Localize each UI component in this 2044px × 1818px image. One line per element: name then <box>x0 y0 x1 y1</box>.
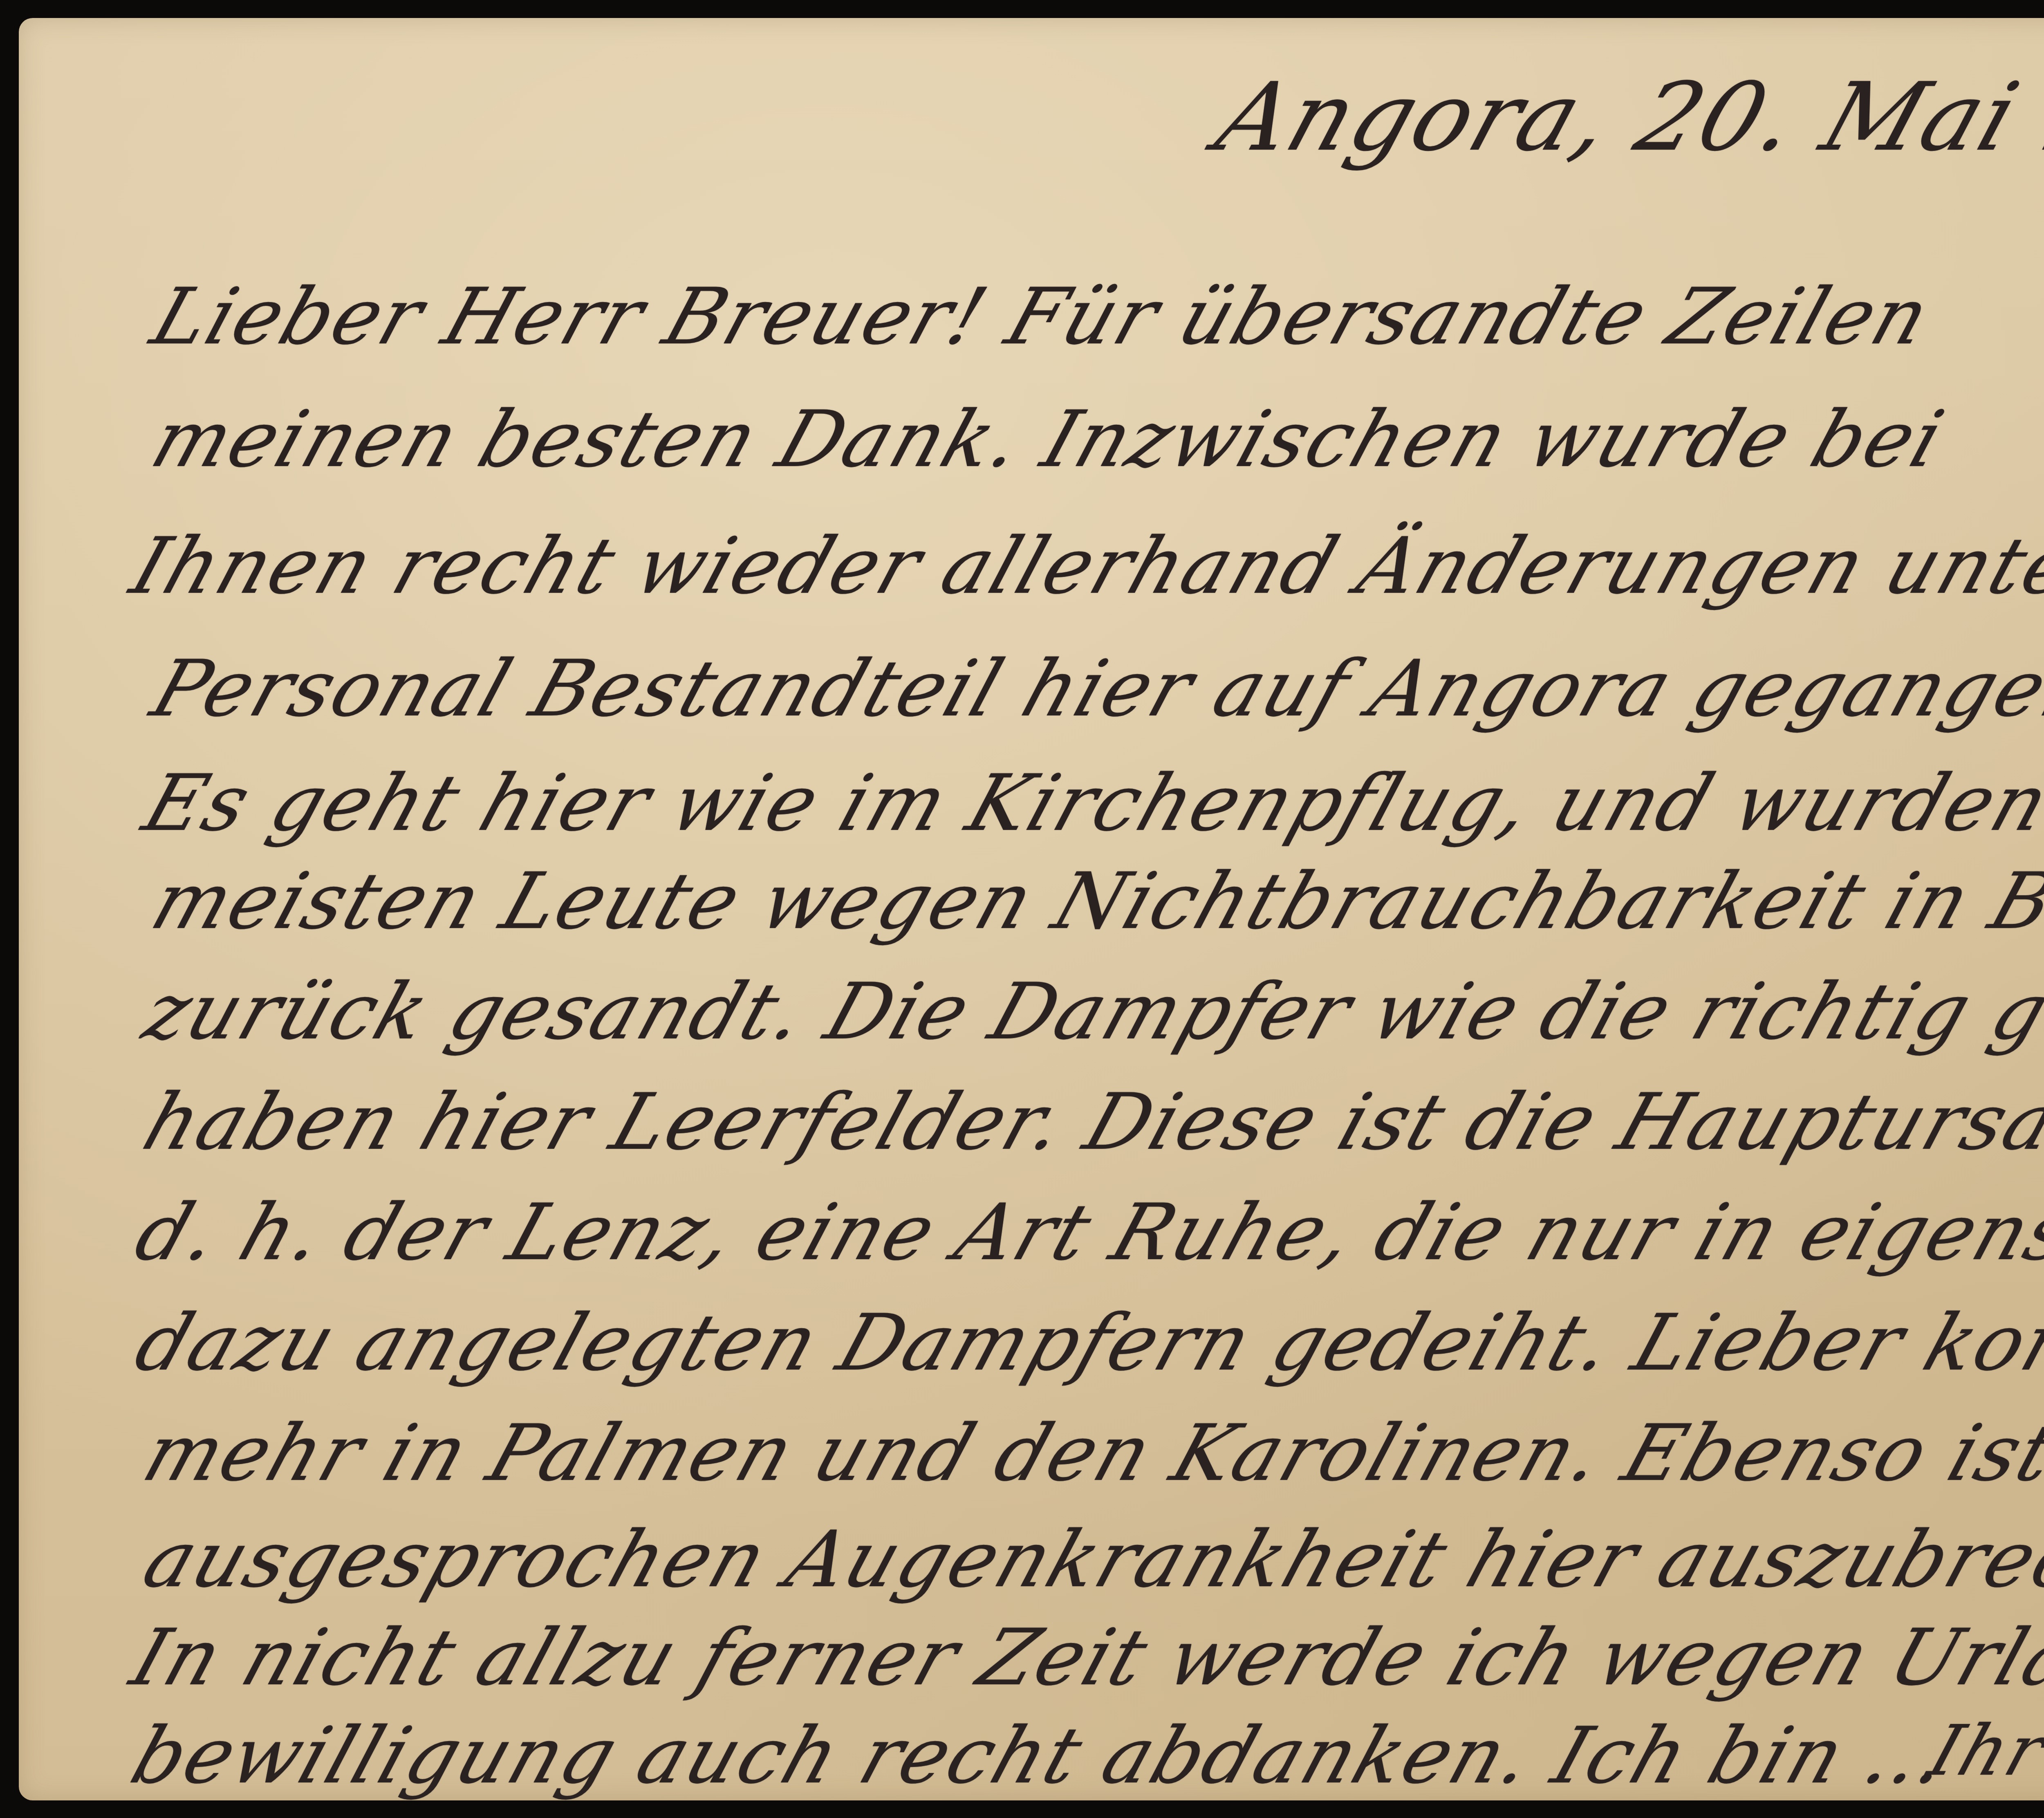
salutation-line: Lieber Herr Breuer! Für übersandte Zeile… <box>141 271 1941 362</box>
body-line: Es geht hier wie im Kirchenpflug, und wu… <box>133 758 2044 848</box>
body-line: Personal Bestandteil hier auf Angora geg… <box>141 643 2044 734</box>
body-line: bewilligung auch recht abdanken. Ich bin… <box>121 1710 1962 1801</box>
body-line: In nicht allzu ferner Zeit werde ich weg… <box>121 1612 2044 1703</box>
body-line: zurück gesandt. Die Dampfer wie die rich… <box>133 966 2044 1057</box>
body-line: meinen besten Dank. Inzwischen wurde bei <box>141 394 1955 484</box>
body-line: ausgesprochen Augenkrankheit hier auszub… <box>133 1514 2044 1605</box>
body-line: d. h. der Lenz, eine Art Ruhe, die nur i… <box>125 1187 2044 1278</box>
postcard: Angora, 20. Mai 1911. Lieber Herr Breuer… <box>19 18 2044 1800</box>
dateline: Angora, 20. Mai 1911. <box>1204 63 2044 172</box>
body-line: haben hier Leerfelder. Diese ist die Hau… <box>133 1077 2044 1167</box>
body-line: meisten Leute wegen Nichtbrauchbarkeit i… <box>141 856 2044 946</box>
body-line: mehr in Palmen und den Karolinen. Ebenso… <box>133 1408 2044 1498</box>
body-line: Ihnen recht wieder allerhand Änderungen … <box>121 521 2044 611</box>
body-line: dazu angelegten Dampfern gedeiht. Lieber… <box>125 1298 2044 1388</box>
